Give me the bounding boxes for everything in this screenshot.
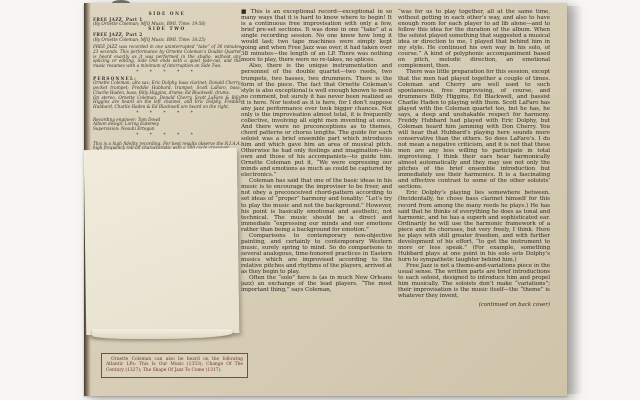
production-credits: Recording engineer: Tom Dowd Album desig… (93, 118, 241, 132)
side-one-label: SIDE ONE (93, 12, 241, 17)
liner-notes-column-2: “was for us to play together, all at the… (398, 9, 550, 397)
paragraph: Eric Dolphy’s playing lies somewhere bet… (398, 190, 550, 263)
other-lps-box: Ornette Coleman can also be heard on the… (101, 353, 248, 378)
paragraph: There was little preparation for this se… (398, 69, 550, 190)
stereo-note: On stereo, Ornette Coleman, Donald Cherr… (93, 96, 241, 110)
star-separator: * * * * * (93, 111, 241, 117)
insert-panel (84, 148, 240, 335)
paragraph: Also, there is the unique instrumentatio… (241, 63, 392, 178)
recording-note: FREE JAZZ was recorded in one uninterrup… (93, 45, 241, 69)
continued-note: (continued on back cover) (398, 302, 550, 308)
track-info-column: SIDE ONE FREE JAZZ, Part 1 (By Ornette C… (93, 12, 241, 169)
paragraph: ■ This is an exceptional record—exceptio… (241, 9, 392, 63)
star-separator: * * * * * (93, 133, 241, 139)
paragraph: Often the “solo” here is (as in much New… (241, 275, 392, 293)
track2-credit: (By Ornette Coleman; MJQ Music, BMI. Tim… (93, 38, 241, 43)
liner-notes-scan: SIDE ONE FREE JAZZ, Part 1 (By Ornette C… (0, 0, 640, 400)
personnel-list: Ornette Coleman, alto sax; Eric Dolphy, … (93, 81, 241, 95)
paragraph: Free Jazz is not a theme-and-variations … (398, 263, 550, 299)
right-edge-shadow (567, 6, 583, 394)
credit-supervision: Supervision: Nesuhi Ertegun (93, 127, 241, 132)
star-separator: * * * * * (93, 70, 241, 76)
paragraph: Coleman has said that one of the basic i… (241, 178, 392, 232)
paragraph: Comparisons to contemporary non-objectiv… (241, 233, 392, 275)
liner-notes-column-1: ■ This is an exceptional record—exceptio… (241, 9, 392, 397)
insert-panel-curl (92, 329, 232, 339)
paragraph: “was for us to play together, all at the… (398, 9, 550, 69)
album-gatefold-cover: SIDE ONE FREE JAZZ, Part 1 (By Ornette C… (84, 3, 567, 396)
